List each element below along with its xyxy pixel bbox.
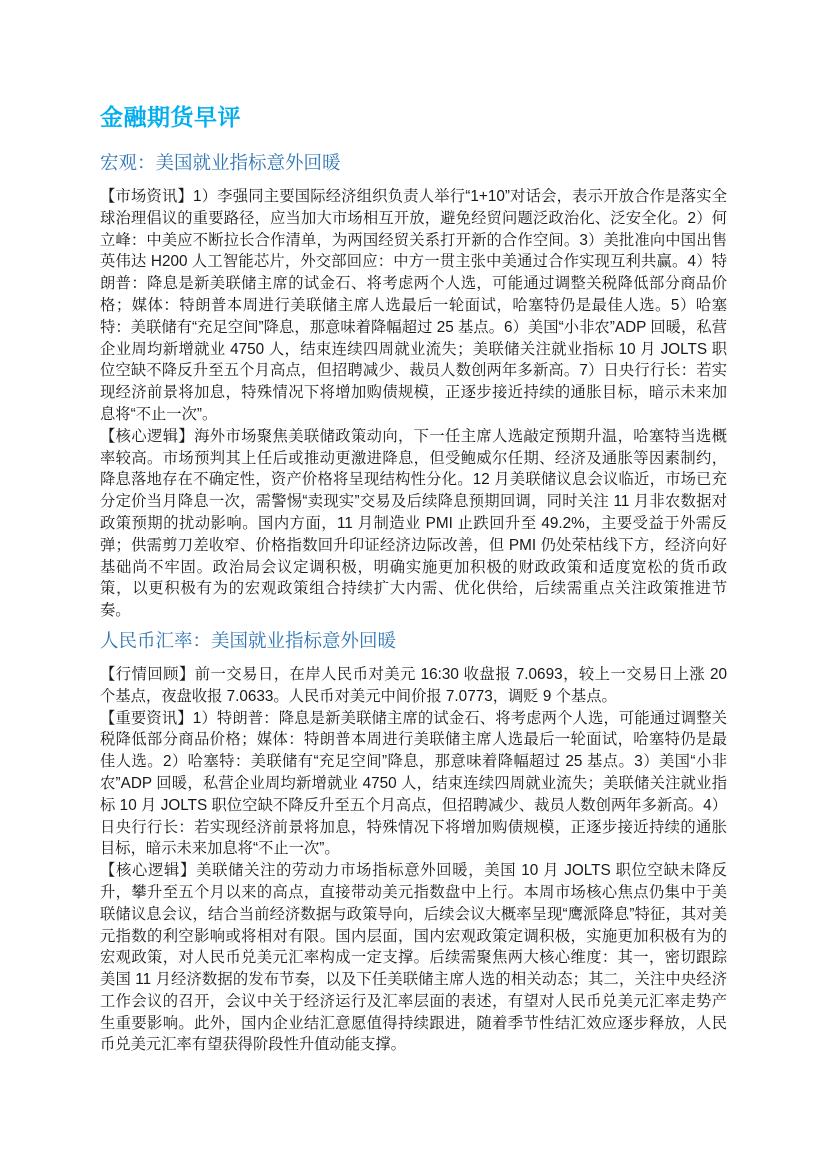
- page-title: 金融期货早评: [100, 103, 727, 132]
- section-heading-macro: 宏观：美国就业指标意外回暖: [100, 150, 727, 175]
- section-macro: 宏观：美国就业指标意外回暖 【市场资讯】1）李强同主要国际经济组织负责人举行“1…: [100, 150, 727, 622]
- paragraph-market-review: 【行情回顾】前一交易日，在岸人民币对美元 16:30 收盘报 7.0693，较上…: [100, 664, 727, 708]
- paragraph-core-logic-rmb: 【核心逻辑】美联储关注的劳动力市场指标意外回暖，美国 10 月 JOLTS 职位…: [100, 860, 727, 1056]
- paragraph-core-logic-macro: 【核心逻辑】海外市场聚焦美联储政策动向，下一任主席人选敲定预期升温，哈塞特当选概…: [100, 426, 727, 622]
- section-rmb-fx: 人民币汇率：美国就业指标意外回暖 【行情回顾】前一交易日，在岸人民币对美元 16…: [100, 628, 727, 1056]
- document-page: 金融期货早评 宏观：美国就业指标意外回暖 【市场资讯】1）李强同主要国际经济组织…: [0, 0, 826, 1169]
- document-content: 金融期货早评 宏观：美国就业指标意外回暖 【市场资讯】1）李强同主要国际经济组织…: [100, 103, 727, 1056]
- paragraph-key-news: 【重要资讯】1）特朗普：降息是新美联储主席的试金石、将考虑两个人选，可能通过调整…: [100, 708, 727, 861]
- paragraph-market-news: 【市场资讯】1）李强同主要国际经济组织负责人举行“1+10”对话会，表示开放合作…: [100, 186, 727, 426]
- section-heading-rmb-fx: 人民币汇率：美国就业指标意外回暖: [100, 628, 727, 653]
